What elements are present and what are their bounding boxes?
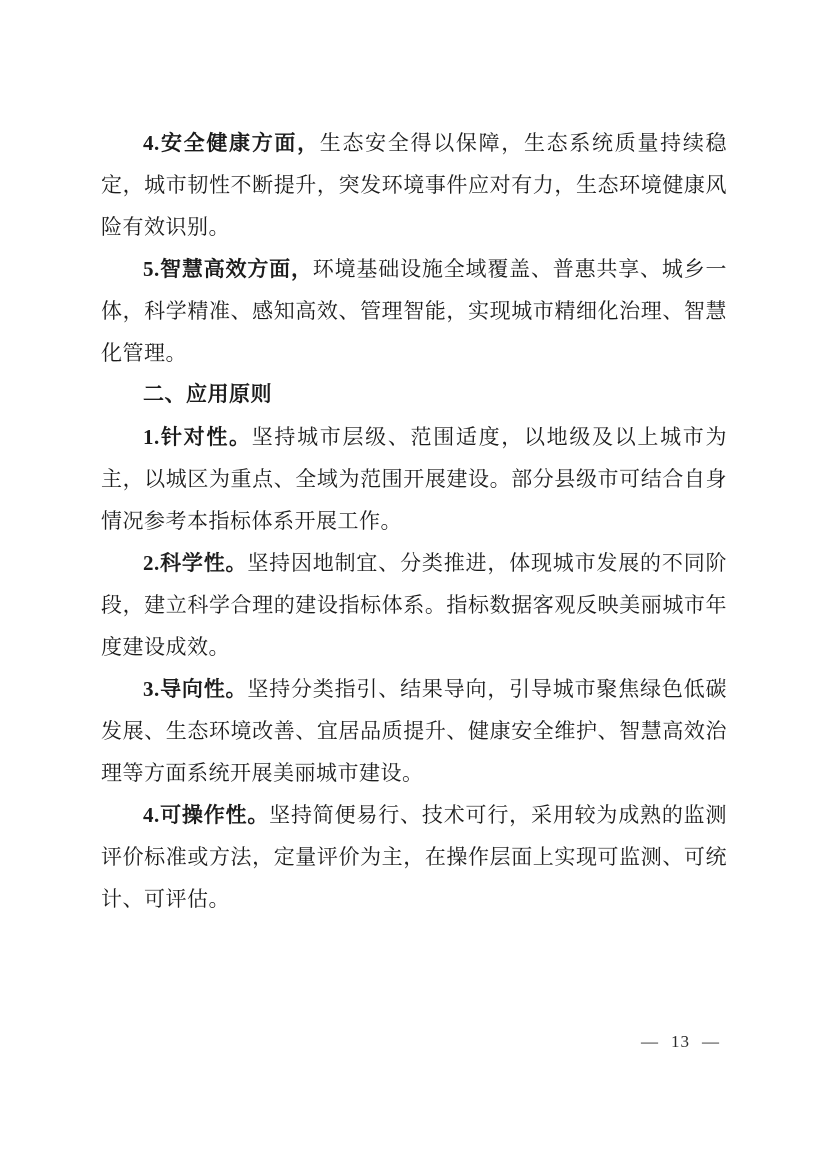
paragraph-lead: 4.安全健康方面， (143, 131, 320, 155)
document-page: 4.安全健康方面，生态安全得以保障，生态系统质量持续稳定，城市韧性不断提升，突发… (0, 0, 826, 1169)
section-heading-application-principles: 二、应用原则 (101, 374, 727, 416)
paragraph-principle-oriented: 3.导向性。坚持分类指引、结果导向，引导城市聚焦绿色低碳发展、生态环境改善、宜居… (101, 668, 727, 794)
paragraph-lead: 2.科学性。 (143, 551, 247, 575)
paragraph-safety-health: 4.安全健康方面，生态安全得以保障，生态系统质量持续稳定，城市韧性不断提升，突发… (101, 122, 727, 248)
paragraph-lead: 3.导向性。 (143, 677, 247, 701)
paragraph-lead: 1.针对性。 (143, 425, 252, 449)
paragraph-principle-targeted: 1.针对性。坚持城市层级、范围适度，以地级及以上城市为主，以城区为重点、全域为范… (101, 416, 727, 542)
page-number-value: 13 (671, 1030, 690, 1054)
page-number: — 13 — (641, 1030, 720, 1054)
page-number-dash-left: — (641, 1030, 659, 1054)
paragraph-lead: 4.可操作性。 (143, 803, 269, 827)
paragraph-lead: 5.智慧高效方面， (143, 257, 313, 281)
paragraph-principle-operable: 4.可操作性。坚持简便易行、技术可行，采用较为成熟的监测评价标准或方法，定量评价… (101, 794, 727, 920)
paragraph-principle-scientific: 2.科学性。坚持因地制宜、分类推进，体现城市发展的不同阶段，建立科学合理的建设指… (101, 542, 727, 668)
document-body: 4.安全健康方面，生态安全得以保障，生态系统质量持续稳定，城市韧性不断提升，突发… (101, 122, 727, 920)
paragraph-smart-efficiency: 5.智慧高效方面，环境基础设施全域覆盖、普惠共享、城乡一体，科学精准、感知高效、… (101, 248, 727, 374)
page-number-dash-right: — (702, 1030, 720, 1054)
